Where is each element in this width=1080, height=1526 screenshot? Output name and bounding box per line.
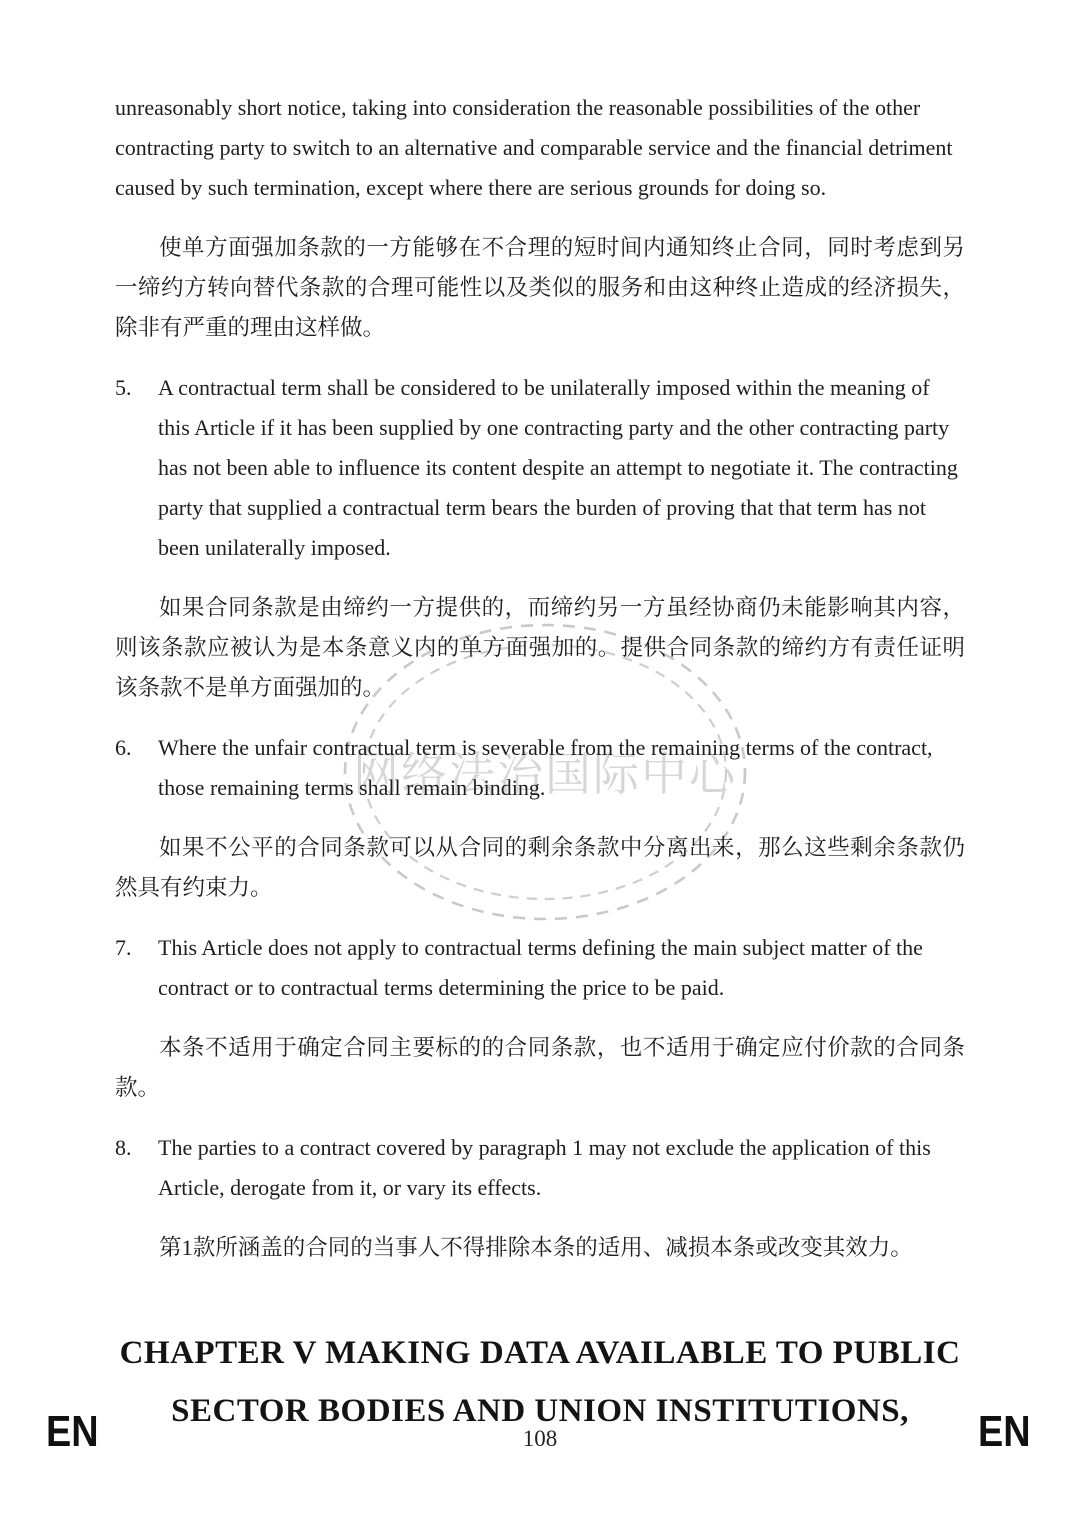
clause-item-7: 7. This Article does not apply to contra… (115, 928, 965, 1008)
clause-text-en: This Article does not apply to contractu… (158, 928, 965, 1008)
clause-text-en: A contractual term shall be considered t… (158, 368, 965, 568)
clause-text-en: Where the unfair contractual term is sev… (158, 728, 965, 808)
clause-item-6: 6. Where the unfair contractual term is … (115, 728, 965, 808)
page-number: 108 (0, 1426, 1080, 1452)
clause-number: 8. (115, 1128, 158, 1208)
chapter-heading: CHAPTER V MAKING DATA AVAILABLE TO PUBLI… (115, 1324, 965, 1440)
clause-item-8: 8. The parties to a contract covered by … (115, 1128, 965, 1208)
clause-translation-zh: 第1款所涵盖的合同的当事人不得排除本条的适用、减损本条或改变其效力。 (115, 1228, 965, 1268)
clause-item-5: 5. A contractual term shall be considere… (115, 368, 965, 568)
clause-text-en: The parties to a contract covered by par… (158, 1128, 965, 1208)
carryover-paragraph-en: unreasonably short notice, taking into c… (115, 88, 965, 208)
clause-translation-zh: 如果合同条款是由缔约一方提供的，而缔约另一方虽经协商仍未能影响其内容，则该条款应… (115, 588, 965, 708)
document-body: unreasonably short notice, taking into c… (0, 0, 1080, 1440)
clause-translation-zh: 本条不适用于确定合同主要标的的合同条款，也不适用于确定应付价款的合同条款。 (115, 1028, 965, 1108)
clause-number: 5. (115, 368, 158, 568)
clause-number: 6. (115, 728, 158, 808)
language-marker-right: EN (978, 1410, 1031, 1454)
clause-translation-zh: 如果不公平的合同条款可以从合同的剩余条款中分离出来，那么这些剩余条款仍然具有约束… (115, 828, 965, 908)
clause-number: 7. (115, 928, 158, 1008)
carryover-paragraph-zh: 使单方面强加条款的一方能够在不合理的短时间内通知终止合同，同时考虑到另一缔约方转… (115, 228, 965, 348)
document-page: 网络法治国际中心 unreasonably short notice, taki… (0, 0, 1080, 1526)
